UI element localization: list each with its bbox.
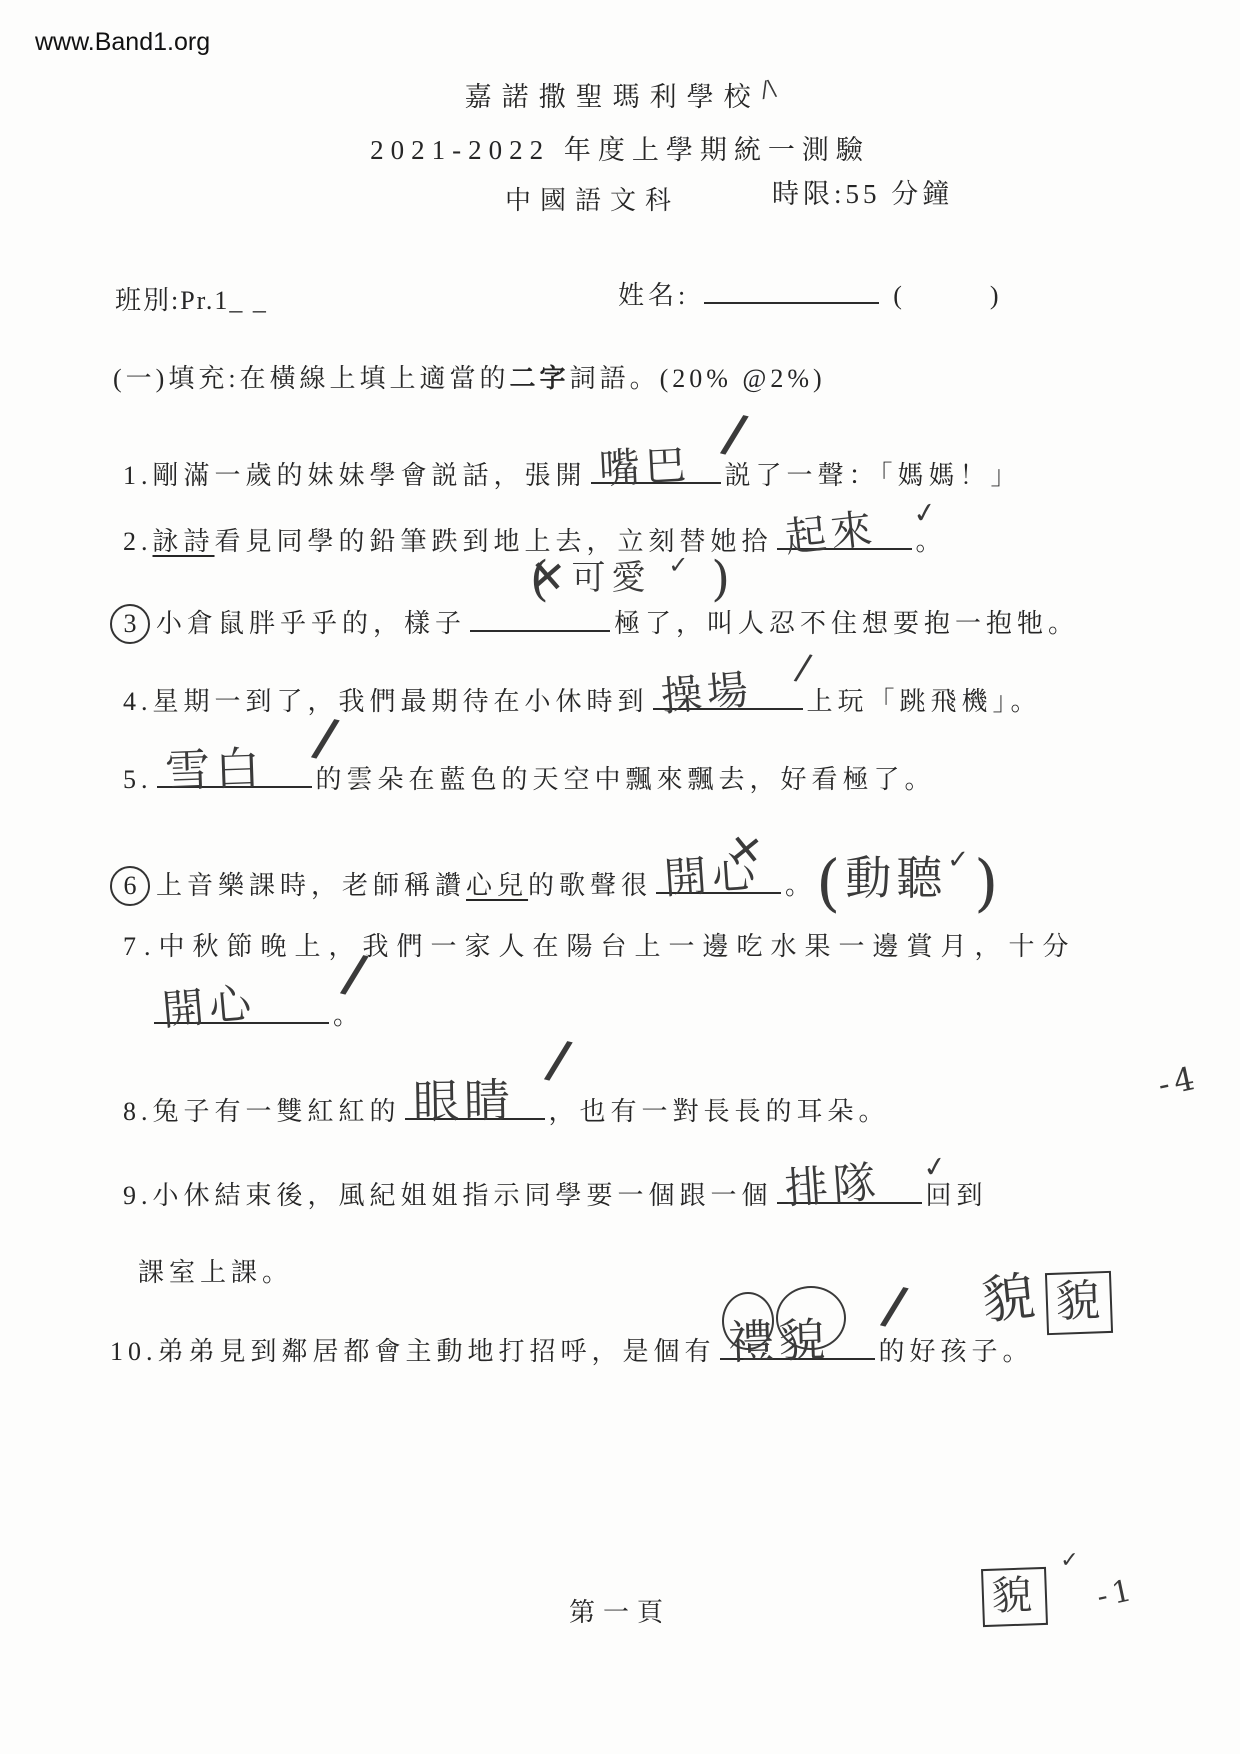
- question-6: 6上音樂課時，老師稱讚心兒的歌聲很開心✕。(動聽✓): [110, 842, 1003, 919]
- cross-icon: ✕: [726, 826, 769, 876]
- handwritten-answer-1: 嘴巴: [598, 445, 692, 491]
- question-1-text: 剛滿一歲的妹妹學會説話，張開: [153, 461, 587, 490]
- header-scribble-mark: /\: [759, 76, 778, 103]
- check-icon: ✓: [921, 1148, 954, 1185]
- check-icon: ✓: [1060, 1548, 1083, 1573]
- question-3-number-circled: 3: [110, 604, 150, 644]
- correction-word-6: 動聽: [845, 851, 947, 905]
- class-field: 班別:Pr.1_ _: [115, 280, 268, 317]
- school-name: 嘉諾撒聖瑪利學校: [465, 82, 761, 112]
- question-7-text: 中秋節晚上，我們一家人在陽台上一邊吃水果一邊賞月，十分: [159, 932, 1077, 961]
- name-blank-line: [704, 272, 879, 304]
- name-paren: ( ): [893, 281, 1002, 310]
- check-icon: /: [717, 402, 755, 467]
- question-7: 7.中秋節晚上，我們一家人在陽台上一邊吃水果一邊賞月，十分: [123, 926, 1077, 963]
- margin-correction-char: 貌: [978, 1253, 1040, 1333]
- question-3-text-after: 極了，叫人忍不住想要抱一抱牠。: [614, 609, 1079, 638]
- question-6-correction: (動聽✓): [816, 851, 1003, 905]
- correction-circle: [776, 1286, 846, 1350]
- question-10-number: 10.: [110, 1337, 158, 1366]
- footer-boxed-char: 貌: [981, 1567, 1048, 1627]
- question-10-answer-blank: 禮貌/: [720, 1328, 875, 1360]
- question-9-answer-blank: 排隊✓: [777, 1172, 922, 1204]
- watermark: www.Band1.org: [35, 28, 210, 57]
- question-8-answer-blank: 眼睛/: [405, 1088, 545, 1120]
- handwritten-answer-5: 雪白: [164, 745, 266, 793]
- question-1-number: 1.: [123, 461, 153, 490]
- question-3-answer-blank: ✕: [470, 600, 610, 632]
- question-7-answer-blank: 開心/: [154, 992, 329, 1024]
- cross-icon: ✕: [527, 551, 572, 605]
- question-3-text: 小倉鼠胖乎乎的，樣子: [156, 609, 466, 638]
- question-4-number: 4.: [123, 687, 153, 716]
- exam-paper-page: www.Band1.org 嘉諾撒聖瑪利學校/\ 2021-2022 年度上學期…: [0, 0, 1240, 1754]
- footer-score-deduction: -1: [1094, 1572, 1140, 1614]
- check-icon: /: [541, 1028, 579, 1093]
- question-8-text: 兔子有一雙紅紅的: [153, 1097, 401, 1126]
- question-9-number: 9.: [123, 1181, 153, 1210]
- handwritten-answer-2: 起來: [783, 508, 879, 558]
- question-5: 5.雪白/的雲朵在藍色的天空中飄來飄去，好看極了。: [123, 756, 936, 796]
- class-blank: _ _: [229, 286, 268, 315]
- section-instruction-bold: 二字: [510, 364, 570, 393]
- question-4: 4.星期一到了，我們最期待在小休時到操場/上玩「跳飛機」。: [123, 678, 1042, 718]
- question-4-answer-blank: 操場/: [653, 678, 803, 710]
- footer-correction-mark: 貌 ✓ -1: [982, 1548, 1136, 1626]
- correction-paren-close: ): [711, 551, 736, 607]
- name-field: 姓名: ( ): [618, 272, 1003, 312]
- question-8: 8.兔子有一雙紅紅的眼睛/，也有一對長長的耳朵。: [123, 1088, 890, 1128]
- question-2-answer-blank: 起來✓: [777, 518, 912, 550]
- section-instruction-pre: (一)填充:在橫線上填上適當的: [113, 364, 510, 393]
- question-8-text-after: ，也有一對長長的耳朵。: [549, 1097, 890, 1126]
- question-9-text-after: 回到: [926, 1181, 988, 1210]
- question-6-text: 上音樂課時，老師稱讚: [156, 871, 466, 900]
- question-5-answer-blank: 雪白/: [157, 756, 312, 788]
- question-10-text: 弟弟見到鄰居都會主動地打招呼，是個有: [158, 1337, 716, 1366]
- question-2-name: 詠詩: [153, 527, 215, 556]
- time-limit: 時限:55 分鐘: [772, 172, 953, 211]
- question-10-margin-correction: 貌 貌: [982, 1256, 1112, 1334]
- question-9: 9.小休結束後，風紀姐姐指示同學要一個跟一個排隊✓回到: [123, 1172, 988, 1212]
- question-4-text: 星期一到了，我們最期待在小休時到: [153, 687, 649, 716]
- question-6-text-after: 。: [785, 871, 816, 900]
- subject-title: 中國語文科: [505, 180, 680, 217]
- question-8-number: 8.: [123, 1097, 153, 1126]
- question-2-text-after: 。: [916, 527, 947, 556]
- check-icon: ✓: [668, 551, 694, 579]
- question-5-text-after: 的雲朵在藍色的天空中飄來飄去，好看極了。: [316, 765, 936, 794]
- question-9-line2: 課室上課。: [138, 1252, 293, 1289]
- correction-paren-open: (: [816, 846, 845, 919]
- question-6-name: 心兒: [466, 871, 528, 900]
- correction-circle: [722, 1292, 774, 1350]
- question-1-answer-blank: 嘴巴/: [591, 452, 721, 484]
- correction-word-3: 可愛: [572, 558, 652, 598]
- question-2-number: 2.: [123, 527, 153, 556]
- question-1-text-after: 説了一聲：「媽媽！」: [725, 461, 1022, 490]
- question-10: 10.弟弟見到鄰居都會主動地打招呼，是個有禮貌/的好孩子。: [110, 1328, 1034, 1368]
- exam-title: 2021-2022 年度上學期統一測驗: [0, 128, 1240, 167]
- question-7-answer-line: 開心/。: [150, 992, 364, 1032]
- question-4-text-after: 上玩「跳飛機」。: [807, 687, 1042, 716]
- section-instruction-post: 詞語。(20% @2%): [570, 364, 826, 393]
- section-instruction: (一)填充:在橫線上填上適當的二字詞語。(20% @2%): [113, 358, 826, 395]
- handwritten-answer-4: 操場: [659, 669, 754, 718]
- margin-correction-boxed-char: 貌: [1045, 1271, 1113, 1335]
- check-icon: /: [877, 1274, 915, 1339]
- check-icon: ✓: [947, 845, 974, 875]
- school-header: 嘉諾撒聖瑪利學校/\: [0, 75, 1240, 114]
- handwritten-answer-9: 排隊: [783, 1162, 882, 1212]
- correction-paren-close: ): [974, 846, 1003, 919]
- handwritten-answer-7: 開心: [160, 982, 257, 1032]
- check-icon: /: [793, 647, 820, 691]
- question-7-number: 7.: [123, 932, 159, 961]
- question-6-answer-blank: 開心✕: [656, 862, 781, 894]
- check-icon: ✓: [911, 494, 944, 531]
- margin-score-deduction: -4: [1154, 1058, 1202, 1104]
- question-3: 3小倉鼠胖乎乎的，樣子✕極了，叫人忍不住想要抱一抱牠。: [110, 600, 1079, 644]
- question-9-text: 小休結束後，風紀姐姐指示同學要一個跟一個: [153, 1181, 773, 1210]
- handwritten-answer-8: 眼睛: [412, 1077, 515, 1125]
- question-6-text2: 的歌聲很: [528, 871, 652, 900]
- question-1: 1.剛滿一歲的妹妹學會説話，張開嘴巴/説了一聲：「媽媽！」: [123, 452, 1022, 492]
- class-label: 班別:Pr.1: [115, 286, 229, 315]
- question-6-number-circled: 6: [110, 866, 150, 906]
- question-5-number: 5.: [123, 765, 153, 794]
- question-10-text-after: 的好孩子。: [879, 1337, 1034, 1366]
- name-label: 姓名:: [618, 281, 689, 310]
